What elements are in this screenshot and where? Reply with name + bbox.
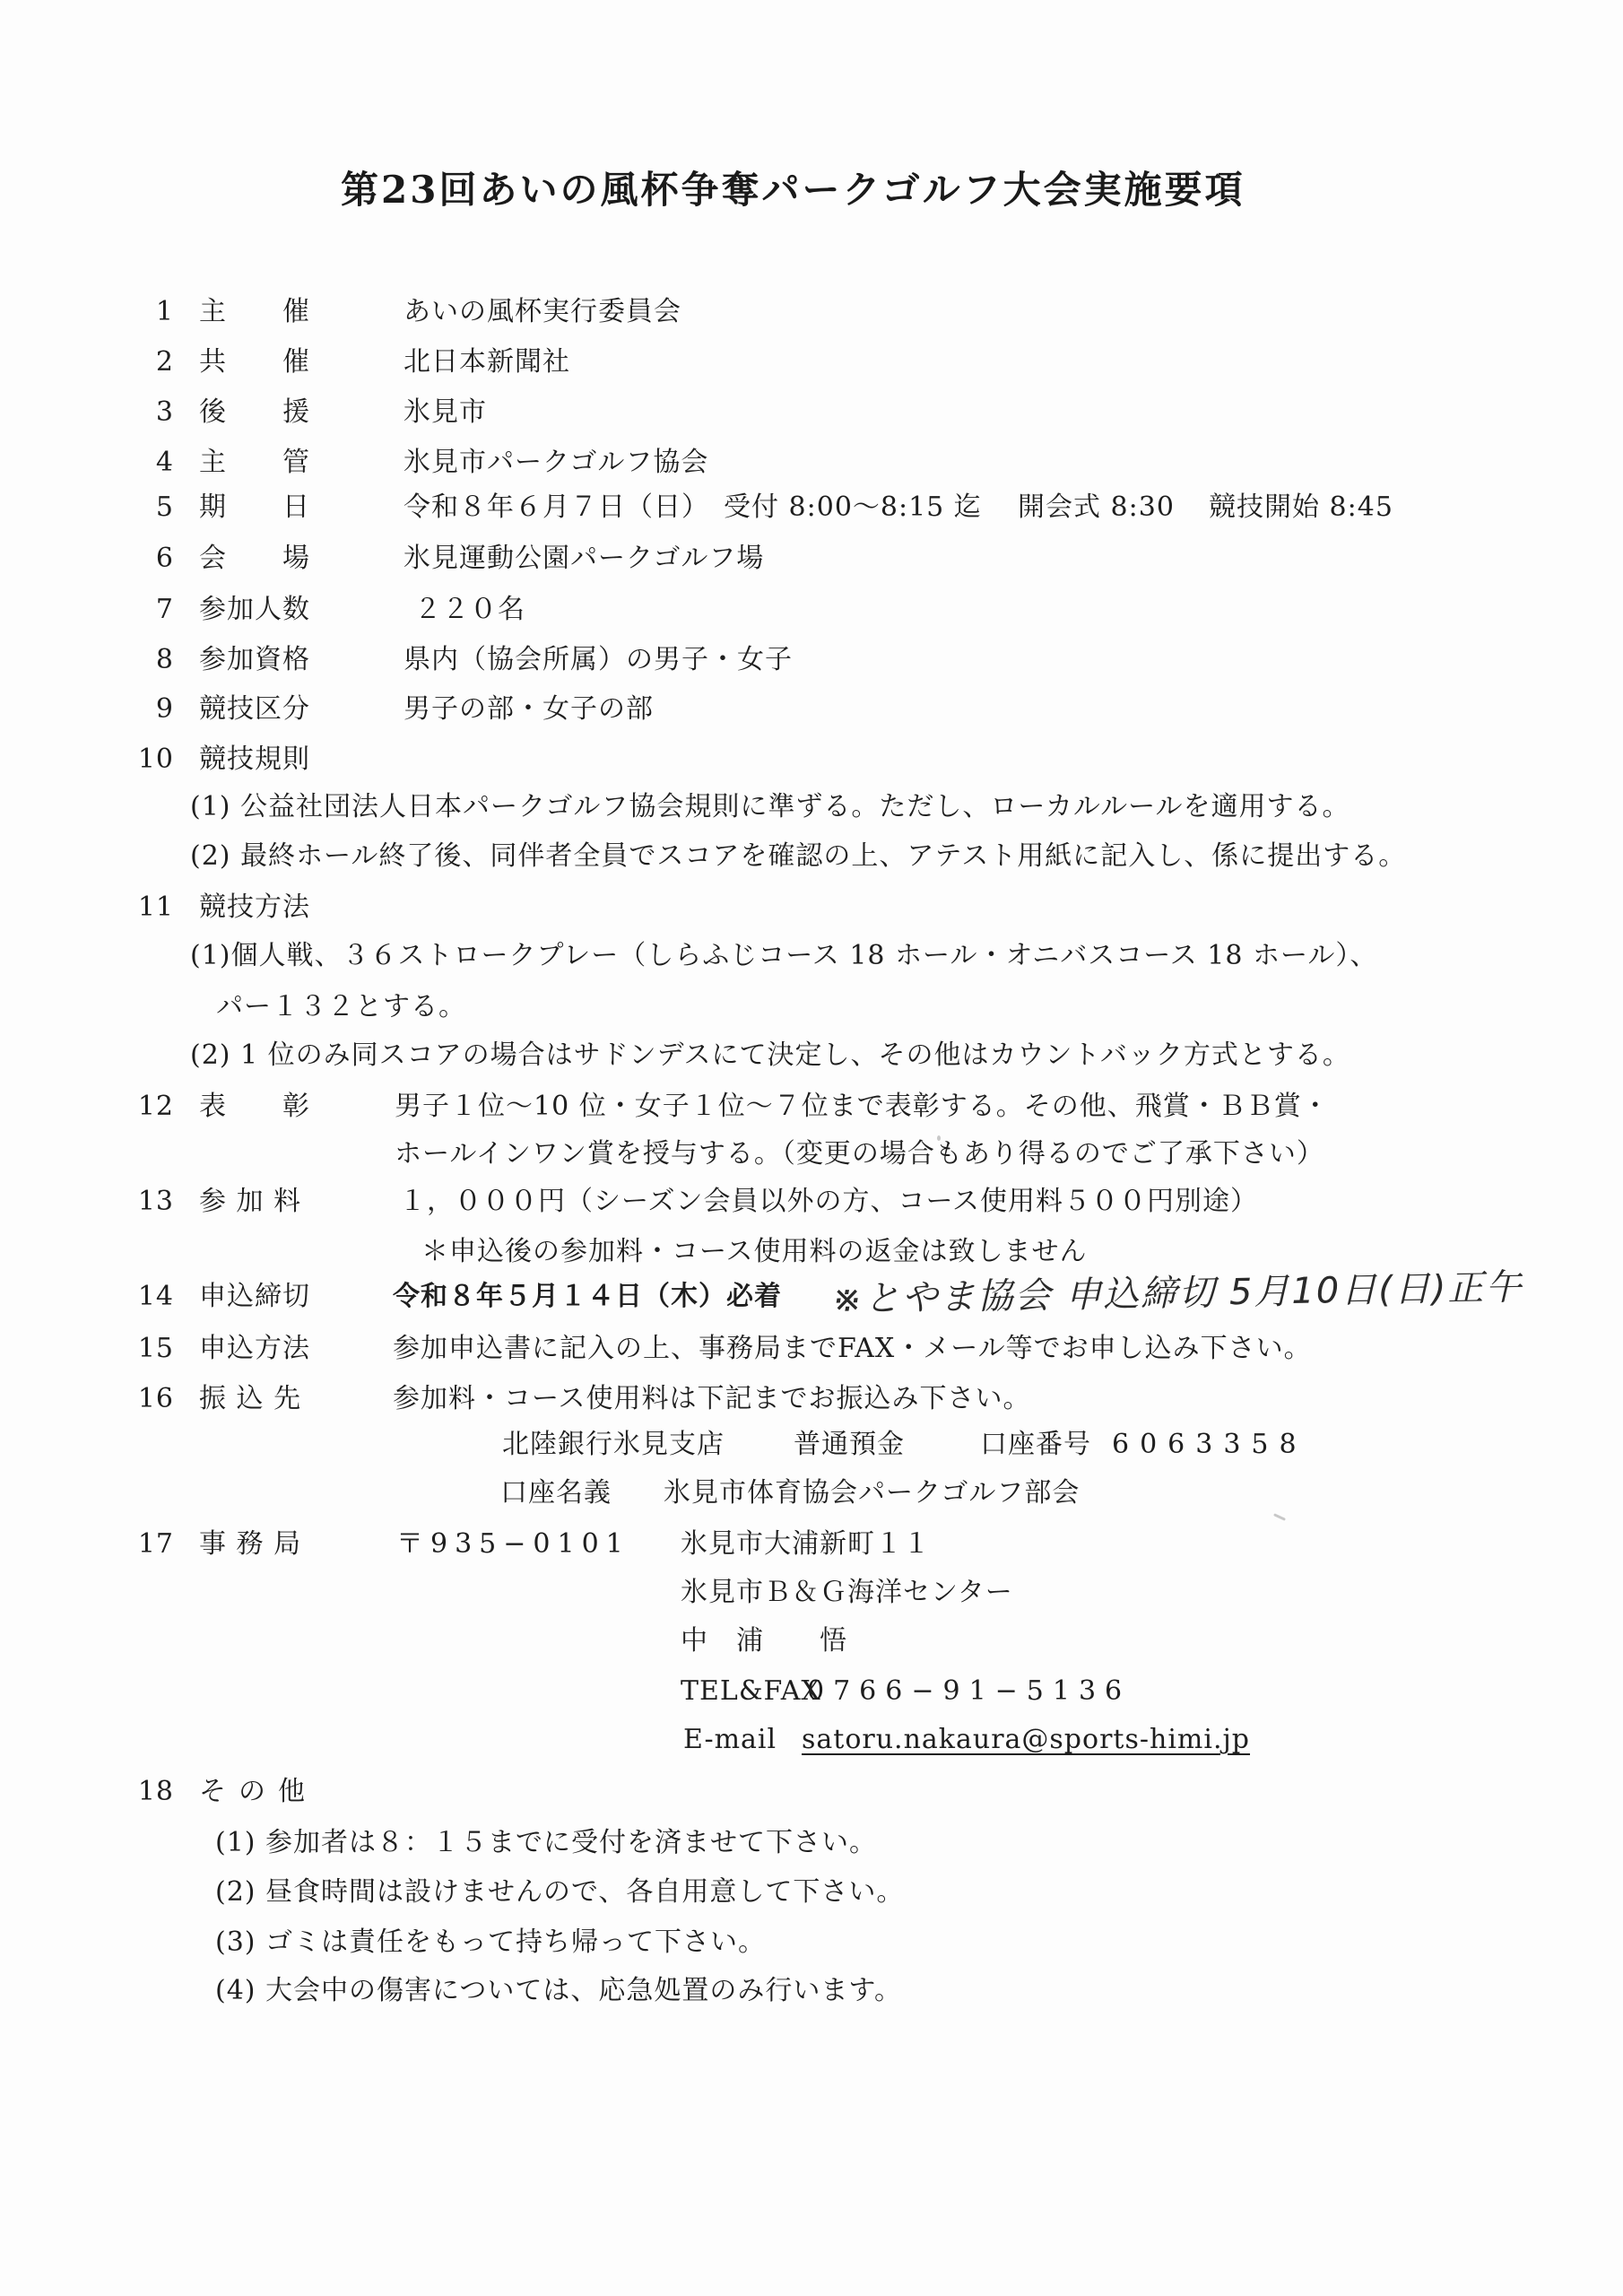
item-label-method: 競技方法 <box>199 890 310 926</box>
contact-name: 中 浦 悟 <box>681 1623 847 1659</box>
item-label-deadline: 申込締切 <box>199 1279 310 1315</box>
item-number: 4 <box>135 445 174 481</box>
item-value-deadline: 令和８年５月１４日（木）必着 <box>393 1279 782 1315</box>
scan-artifact <box>1273 1513 1286 1521</box>
item-label-application-method: 申込方法 <box>199 1331 310 1367</box>
rules-subitem: (2) 最終ホール終了後、同伴者全員でスコアを確認の上、アテスト用紙に記入し、係… <box>190 839 1406 874</box>
item-label-divisions: 競技区分 <box>199 691 310 727</box>
item-number: 6 <box>135 541 174 577</box>
item-number: 16 <box>135 1381 174 1417</box>
item-label-participants: 参加人数 <box>199 592 310 628</box>
item-value-support: 氷見市 <box>404 395 487 430</box>
item-label-date: 期 日 <box>199 490 310 526</box>
tel-fax-label: TEL&FAX <box>681 1674 821 1709</box>
item-label-venue: 会 場 <box>199 541 310 577</box>
competition-start-time: 競技開始 8:45 <box>1209 490 1393 526</box>
item-value-management: 氷見市パークゴルフ協会 <box>404 445 708 481</box>
item-label-other: その他 <box>199 1774 317 1810</box>
item-value-co-organizer: 北日本新聞社 <box>404 344 570 380</box>
item-number: 9 <box>135 691 174 727</box>
item-label-support: 後 援 <box>199 395 310 430</box>
fee-refund-note: ＊申込後の参加料・コース使用料の返金は致しません <box>421 1234 1088 1270</box>
item-value-eligibility: 県内（協会所属）の男子・女子 <box>404 642 793 678</box>
item-label-rules: 競技規則 <box>199 742 310 778</box>
item-label-office: 事 務 局 <box>199 1526 301 1562</box>
scan-artifact <box>937 1135 941 1141</box>
item-number: 8 <box>135 642 174 678</box>
item-number: 2 <box>135 344 174 380</box>
item-label-organizer: 主 催 <box>199 294 310 330</box>
tel-fax-number: 0766−91−5136 <box>807 1674 1131 1709</box>
item-number: 10 <box>135 742 174 778</box>
document-page: 第23回あいの風杯争奪パークゴルフ大会実施要項 1 主 催 あいの風杯実行委員会… <box>0 0 1623 2296</box>
postal-code: 〒935−0101 <box>396 1526 630 1562</box>
item-number: 13 <box>135 1184 174 1220</box>
office-facility: 氷見市Ｂ＆Ｇ海洋センター <box>681 1575 1013 1611</box>
item-value-venue: 氷見運動公園パークゴルフ場 <box>404 541 764 577</box>
item-value-awards: 男子１位〜10 位・女子１位〜７位まで表彰する。その他、飛賞・ＢＢ賞・ <box>395 1089 1330 1125</box>
item-value-application-method: 参加申込書に記入の上、事務局までFAX・メール等でお申し込み下さい。 <box>393 1331 1312 1367</box>
account-holder-label: 口座名義 <box>500 1475 612 1511</box>
item-number: 12 <box>135 1089 174 1125</box>
handwritten-deadline-note: ※とやま協会 申込締切 5月10日(日)正午 <box>832 1265 1523 1322</box>
item-value-transfer: 参加料・コース使用料は下記までお振込み下さい。 <box>393 1381 1031 1417</box>
item-number: 3 <box>135 395 174 430</box>
item-label-eligibility: 参加資格 <box>199 642 310 678</box>
item-value-awards-line2: ホールインワン賞を授与する。（変更の場合もあり得るのでご了承下さい） <box>395 1136 1324 1172</box>
method-subitem: (1)個人戦、３６ストロークプレー（しらふじコース 18 ホール・オニバスコース… <box>190 938 1377 974</box>
item-value-divisions: 男子の部・女子の部 <box>404 691 654 727</box>
method-subitem-continuation: パー１３２とする。 <box>216 989 466 1025</box>
email-label: E-mail <box>683 1722 777 1758</box>
account-type: 普通預金 <box>794 1427 905 1463</box>
account-number-label: 口座番号 <box>980 1427 1091 1463</box>
other-subitem: (3) ゴミは責任をもって持ち帰って下さい。 <box>215 1925 766 1961</box>
item-value-fee: １，０００円（シーズン会員以外の方、コース使用料５００円別途） <box>399 1184 1258 1220</box>
email-link[interactable]: satoru.nakaura@sports-himi.jp <box>802 1722 1250 1758</box>
item-number: 11 <box>135 890 174 926</box>
account-holder: 氷見市体育協会パークゴルフ部会 <box>664 1475 1080 1511</box>
item-label-awards: 表 彰 <box>199 1089 310 1125</box>
method-subitem: (2) 1 位のみ同スコアの場合はサドンデスにて決定し、その他はカウントバック方… <box>190 1038 1350 1074</box>
item-label-management: 主 管 <box>199 445 310 481</box>
item-value-participants: ２２０名 <box>414 592 525 628</box>
rules-subitem: (1) 公益社団法人日本パークゴルフ協会規則に準ずる。ただし、ローカルルールを適… <box>190 789 1350 825</box>
item-number: 14 <box>135 1279 174 1315</box>
account-number: 6063358 <box>1112 1427 1307 1463</box>
other-subitem: (2) 昼食時間は設けませんので、各自用意して下さい。 <box>215 1874 904 1910</box>
item-number: 18 <box>135 1774 174 1810</box>
opening-ceremony-time: 開会式 8:30 <box>1018 490 1175 526</box>
item-number: 5 <box>135 490 174 526</box>
item-label-fee: 参 加 料 <box>199 1184 301 1220</box>
item-number: 1 <box>135 294 174 330</box>
item-number: 7 <box>135 592 174 628</box>
item-value-date: 令和８年６月７日（日） 受付 8:00〜8:15 迄 <box>404 490 982 526</box>
item-label-co-organizer: 共 催 <box>199 344 310 380</box>
document-title: 第23回あいの風杯争奪パークゴルフ大会実施要項 <box>341 167 1245 213</box>
other-subitem: (1) 参加者は８：１５までに受付を済ませて下さい。 <box>215 1825 877 1861</box>
bank-branch: 北陸銀行氷見支店 <box>502 1427 725 1463</box>
item-value-organizer: あいの風杯実行委員会 <box>404 294 681 330</box>
item-label-transfer: 振 込 先 <box>199 1381 301 1417</box>
item-number: 15 <box>135 1331 174 1367</box>
other-subitem: (4) 大会中の傷害については、応急処置のみ行います。 <box>215 1973 902 2009</box>
item-number: 17 <box>135 1526 174 1562</box>
office-address: 氷見市大浦新町１１ <box>681 1526 931 1562</box>
